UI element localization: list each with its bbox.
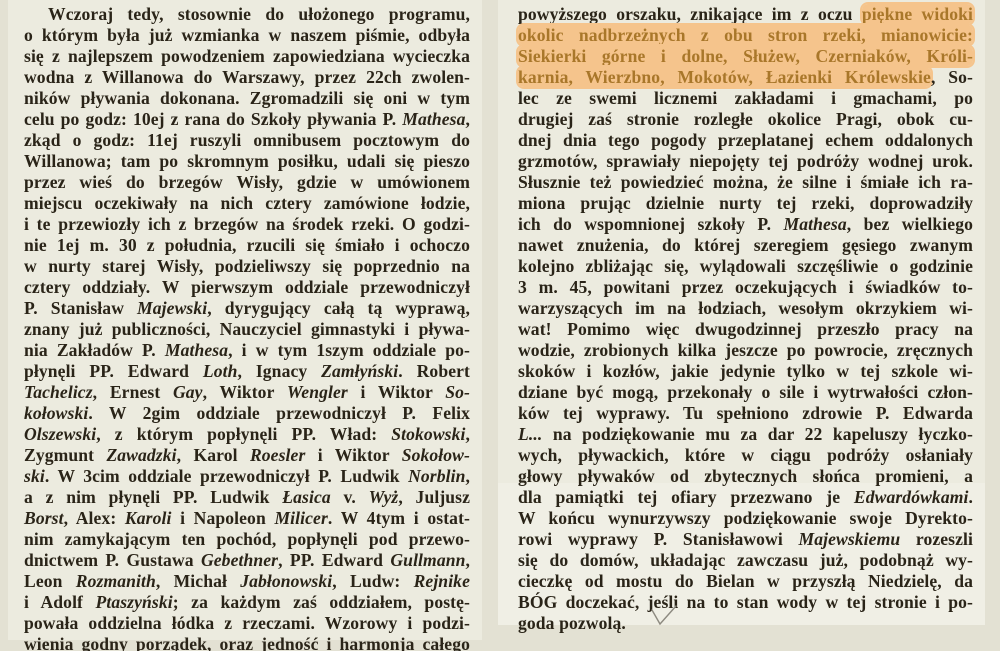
text-line: Willanowa; tam po skromnym posiłku, udal… bbox=[24, 151, 470, 172]
text-line: cztery oddziały. W pierwszym oddziale pr… bbox=[24, 277, 470, 298]
text-line: o którym była już wzmianka w naszem piśm… bbox=[24, 25, 470, 46]
text-line: głowy pływaków od zbytecznych słońca pro… bbox=[518, 466, 973, 487]
text-line: w nurty starej Wisły, podzieliwszy się p… bbox=[24, 256, 470, 277]
proper-name: Rozmanith bbox=[76, 571, 156, 591]
highlighted-text: Siekierki górne i dolne, Służew, Czernia… bbox=[518, 46, 973, 66]
text-line: zkąd o godz: 11ej ruszyli omnibusem pocz… bbox=[24, 130, 470, 151]
proper-name: Majewskiemu bbox=[798, 529, 900, 549]
text-line: ski. W 3cim oddziale przewodniczył P. Lu… bbox=[24, 466, 470, 487]
text-line: miona prując dzielnie nurty tej rzeki, d… bbox=[518, 193, 973, 214]
proper-name: ski bbox=[24, 466, 45, 486]
left-text-column: Wczoraj tedy, stosownie do ułożonego pro… bbox=[8, 0, 482, 640]
text-line: wodna z Willanowa do Warszawy, przez 22c… bbox=[24, 67, 470, 88]
text-line: grzmotów, sprawiały niepojęty tej podróż… bbox=[518, 151, 973, 172]
text-line: a z nim płynęli PP. Ludwik Łasica v. Wyż… bbox=[24, 487, 470, 508]
text-line: wat! Pomimo więc dwugodzinnej przeszło p… bbox=[518, 319, 973, 340]
text-line: Borst, Alex: Karoli i Napoleon Milicer. … bbox=[24, 508, 470, 529]
text-line: lec ze swemi licznemi zakładami i gmacha… bbox=[518, 88, 973, 109]
proper-name: Zawadzki bbox=[106, 445, 176, 465]
text-line: dnej dnia tego pogody przeplatanej echem… bbox=[518, 130, 973, 151]
text-line: wych, pływackich, które w ciągu podróży … bbox=[518, 445, 973, 466]
text-line: L... na podziękowanie mu za dar 22 kapel… bbox=[518, 424, 973, 445]
proper-name: Jabłonowski bbox=[240, 571, 332, 591]
proper-name: Mathesa bbox=[402, 109, 465, 129]
text-line: rowi wyprawy P. Stanisławowi Majewskiemu… bbox=[518, 529, 973, 550]
text-line: kołowski. W 2gim oddziale przewodniczył … bbox=[24, 403, 470, 424]
proper-name: Majewski bbox=[137, 298, 207, 318]
text-line: Siekierki górne i dolne, Służew, Czernia… bbox=[518, 46, 973, 67]
pencil-check-mark-icon bbox=[650, 604, 678, 626]
text-line: kolejno zbliżając się, wylądowali szczęś… bbox=[518, 256, 973, 277]
text-line: nim zamykającym ten pochód, popłynęli po… bbox=[24, 529, 470, 550]
text-line: drugiej zaś stronie rozległe okolice Pra… bbox=[518, 109, 973, 130]
text-line: Wczoraj tedy, stosownie do ułożonego pro… bbox=[24, 4, 470, 25]
proper-name: Wengler bbox=[287, 382, 348, 402]
proper-name: Mathesa bbox=[165, 340, 228, 360]
proper-name: Ptaszyński bbox=[95, 592, 172, 612]
proper-name: Tachelicz bbox=[24, 382, 93, 402]
text-line: i Adolf Ptaszyński; za każdym zaś oddzia… bbox=[24, 592, 470, 613]
text-line: cieczkę od mostu do Bielan w przyszłą Ni… bbox=[518, 571, 973, 592]
proper-name: Sokołow- bbox=[402, 445, 470, 465]
text-line: W końcu wynurzywszy podziękowanie swoje … bbox=[518, 508, 973, 529]
proper-name: Gullmann bbox=[390, 550, 465, 570]
text-line: się z najlepszem powodzeniem zapowiedzia… bbox=[24, 46, 470, 67]
proper-name: Łasica bbox=[282, 487, 331, 507]
text-line: nie 1ej m. 30 z południa, rzucili się śm… bbox=[24, 235, 470, 256]
text-line: okolic nadbrzeżnych z obu stron rzeki, m… bbox=[518, 25, 973, 46]
proper-name: Karoli bbox=[125, 508, 172, 528]
text-line: karnia, Wierzbno, Mokotów, Łazienki Król… bbox=[518, 67, 973, 88]
proper-name: Rejnike bbox=[414, 571, 470, 591]
text-line: goda pozwolą. bbox=[518, 613, 973, 634]
text-line: Tachelicz, Ernest Gay, Wiktor Wengler i … bbox=[24, 382, 470, 403]
text-line: dziane być mogą, przekonały o sile i wyt… bbox=[518, 382, 973, 403]
text-line: powyższego orszaku, znikające im z oczu … bbox=[518, 4, 973, 25]
proper-name: Zamłyński bbox=[321, 361, 398, 381]
highlighted-text: piękne widoki bbox=[862, 4, 973, 24]
text-line: Słusznie też powiedzieć można, że silne … bbox=[518, 172, 973, 193]
proper-name: Mathesa bbox=[784, 214, 847, 234]
text-line: dla pamiątki tej ofiary przezwano je Edw… bbox=[518, 487, 973, 508]
text-line: P. Stanisław Majewski, dyrygujący całą t… bbox=[24, 298, 470, 319]
proper-name: kołowski bbox=[24, 403, 88, 423]
proper-name: L... bbox=[518, 424, 542, 444]
text-line: znany już publiczności, Nauczyciel gimna… bbox=[24, 319, 470, 340]
text-line: się do domów, układając zawczasu już, po… bbox=[518, 550, 973, 571]
proper-name: Norblin bbox=[408, 466, 465, 486]
text-line: i te przewiozły ich z brzegów na środek … bbox=[24, 214, 470, 235]
proper-name: Borst bbox=[24, 508, 64, 528]
text-line: przez wieś do brzegów Wisły, gdzie w umó… bbox=[24, 172, 470, 193]
proper-name: Milicer bbox=[274, 508, 327, 528]
proper-name: Olszewski bbox=[24, 424, 96, 444]
proper-name: Gebethner bbox=[201, 550, 278, 570]
text-line: nawet znużenia, do której szeregiem gęsi… bbox=[518, 235, 973, 256]
proper-name: Loth bbox=[203, 361, 238, 381]
proper-name: So- bbox=[445, 382, 470, 402]
text-line: płynęli PP. Edward Loth, Ignacy Zamłyńsk… bbox=[24, 361, 470, 382]
proper-name: Edwardówkami bbox=[854, 487, 969, 507]
proper-name: Stokowski bbox=[391, 424, 465, 444]
text-line: ków tej wyprawy. Tu spełniono zdrowie P.… bbox=[518, 403, 973, 424]
proper-name: Gay bbox=[173, 382, 203, 402]
scanned-newspaper-page: Wczoraj tedy, stosownie do ułożonego pro… bbox=[0, 0, 1000, 651]
text-line: skoków i kozłów, jakie jedynie tylko w t… bbox=[518, 361, 973, 382]
text-line: nia Zakładów P. Mathesa, i w tym 1szym o… bbox=[24, 340, 470, 361]
text-line: ich do wspomnionej szkoły P. Mathesa, be… bbox=[518, 214, 973, 235]
text-line: miejscu oczekiwały na nich cztery zamówi… bbox=[24, 193, 470, 214]
highlighted-text: karnia, Wierzbno, Mokotów, Łazienki Król… bbox=[518, 67, 931, 87]
text-line: Zygmunt Zawadzki, Karol Roesler i Wiktor… bbox=[24, 445, 470, 466]
highlighted-text: okolic nadbrzeżnych z obu stron rzeki, m… bbox=[518, 25, 973, 45]
text-line: ników pływania dokonana. Zgromadzili się… bbox=[24, 88, 470, 109]
text-line: 3 m. 45, powitani przez oczekujących i ś… bbox=[518, 277, 973, 298]
text-line: BÓG doczekać, jeśli na to stan wody w te… bbox=[518, 592, 973, 613]
right-text-column: powyższego orszaku, znikające im z oczu … bbox=[498, 0, 985, 625]
text-line: wodzie, zrobionych kilka jeszcze po powr… bbox=[518, 340, 973, 361]
proper-name: Roesler bbox=[250, 445, 305, 465]
text-line: dnictwem P. Gustawa Gebethner, PP. Edwar… bbox=[24, 550, 470, 571]
text-line: Leon Rozmanith, Michał Jabłonowski, Ludw… bbox=[24, 571, 470, 592]
text-line: celu po godz: 10ej z rana do Szkoły pływ… bbox=[24, 109, 470, 130]
text-line: Olszewski, z którym popłynęli PP. Wład: … bbox=[24, 424, 470, 445]
text-line: powała oddzielna łódka z rzeczami. Wzoro… bbox=[24, 613, 470, 634]
text-line: wienia godny porządek, oraz jedność i ha… bbox=[24, 634, 470, 651]
proper-name: Wyż bbox=[369, 487, 399, 507]
text-line: warzyszących im na łodziach, wesołym okr… bbox=[518, 298, 973, 319]
